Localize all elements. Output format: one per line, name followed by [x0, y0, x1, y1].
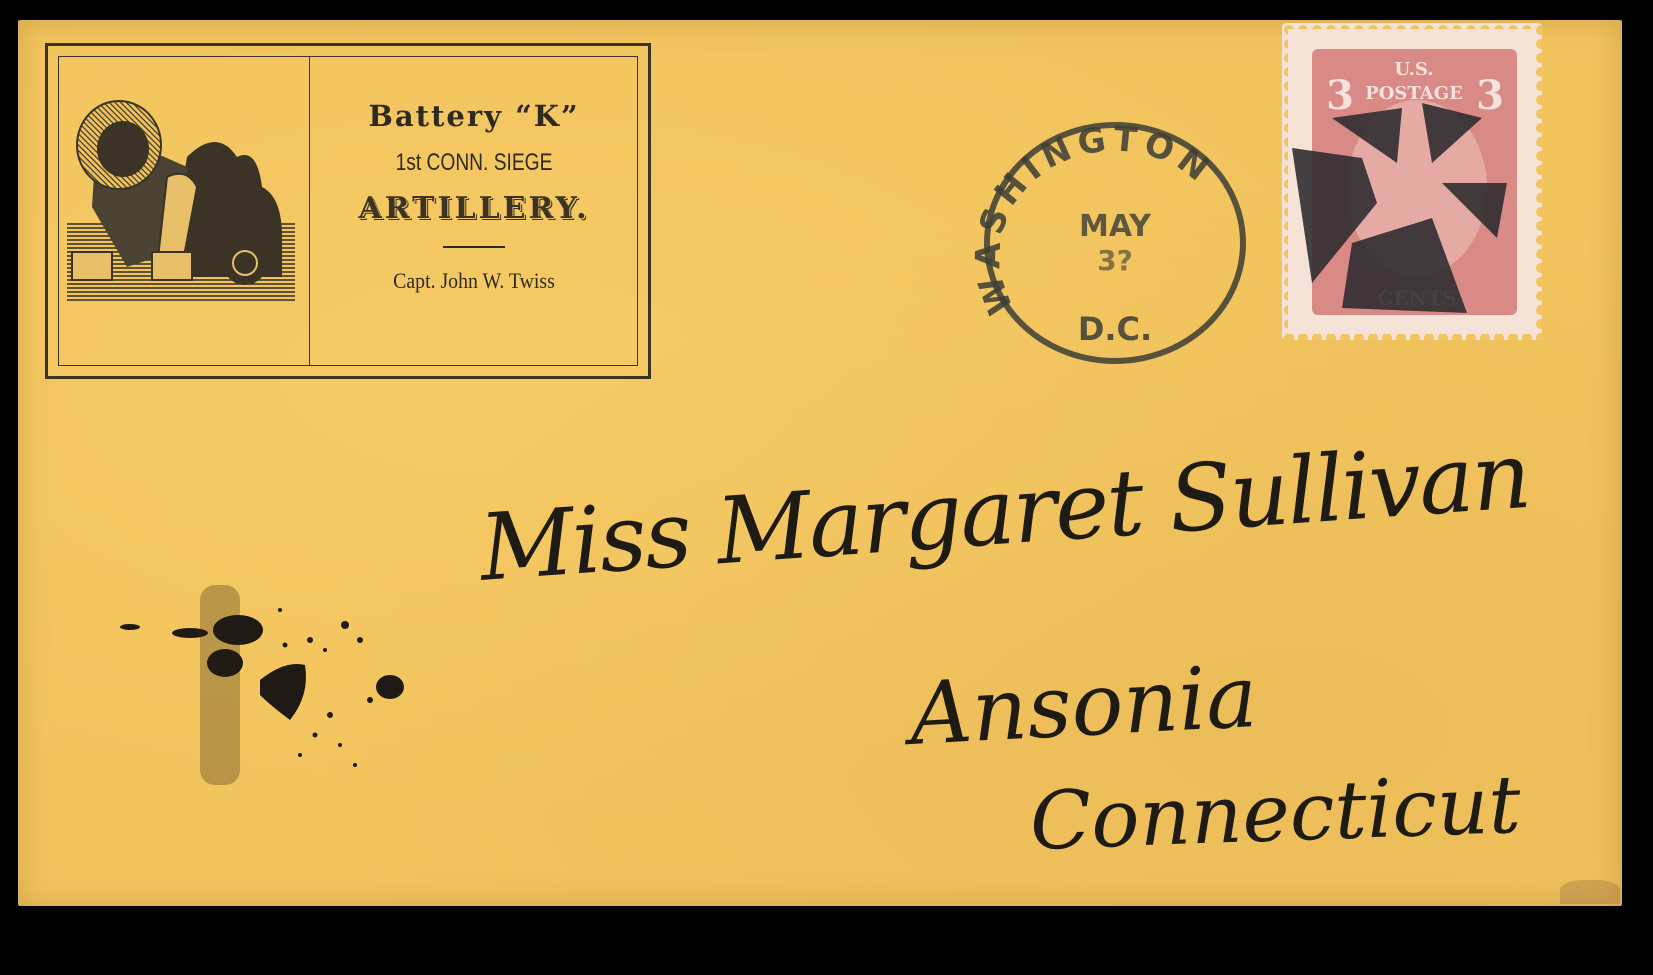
- stamp-label: POSTAGE: [1365, 83, 1463, 104]
- text-rule: [443, 246, 505, 248]
- corner-card-frame: Battery “K” 1st CONN. SIEGE ARTILLERY. C…: [58, 56, 638, 366]
- mortar-cannon-icon: [67, 87, 299, 307]
- regiment-name: 1st CONN. SIEGE: [344, 149, 605, 177]
- ink-blot: [110, 555, 430, 815]
- stamp-denomination-left: 3: [1326, 72, 1354, 119]
- address-city: Ansonia: [907, 647, 1259, 765]
- stamp-country: U.S.: [1395, 59, 1434, 80]
- captain-name: Capt. John W. Twiss: [327, 268, 620, 294]
- address-state: Connecticut: [1028, 758, 1522, 868]
- postage-stamp: U.S. POSTAGE 3 3 CENTS: [1282, 23, 1542, 340]
- card-divider: [309, 57, 310, 365]
- postmark-day: 3?: [1097, 244, 1133, 277]
- stamp-denomination-right: 3: [1476, 72, 1504, 119]
- water-stain: [1560, 880, 1620, 904]
- postmark: WASHINGTON MAY 3? D.C.: [965, 108, 1265, 378]
- corner-card: Battery “K” 1st CONN. SIEGE ARTILLERY. C…: [45, 43, 651, 379]
- postmark-month: MAY: [1079, 209, 1152, 244]
- branch-name: ARTILLERY.: [311, 191, 637, 226]
- corner-card-text: Battery “K” 1st CONN. SIEGE ARTILLERY. C…: [311, 57, 637, 365]
- postmark-district: D.C.: [1078, 310, 1152, 348]
- unit-name: Battery “K”: [311, 99, 637, 133]
